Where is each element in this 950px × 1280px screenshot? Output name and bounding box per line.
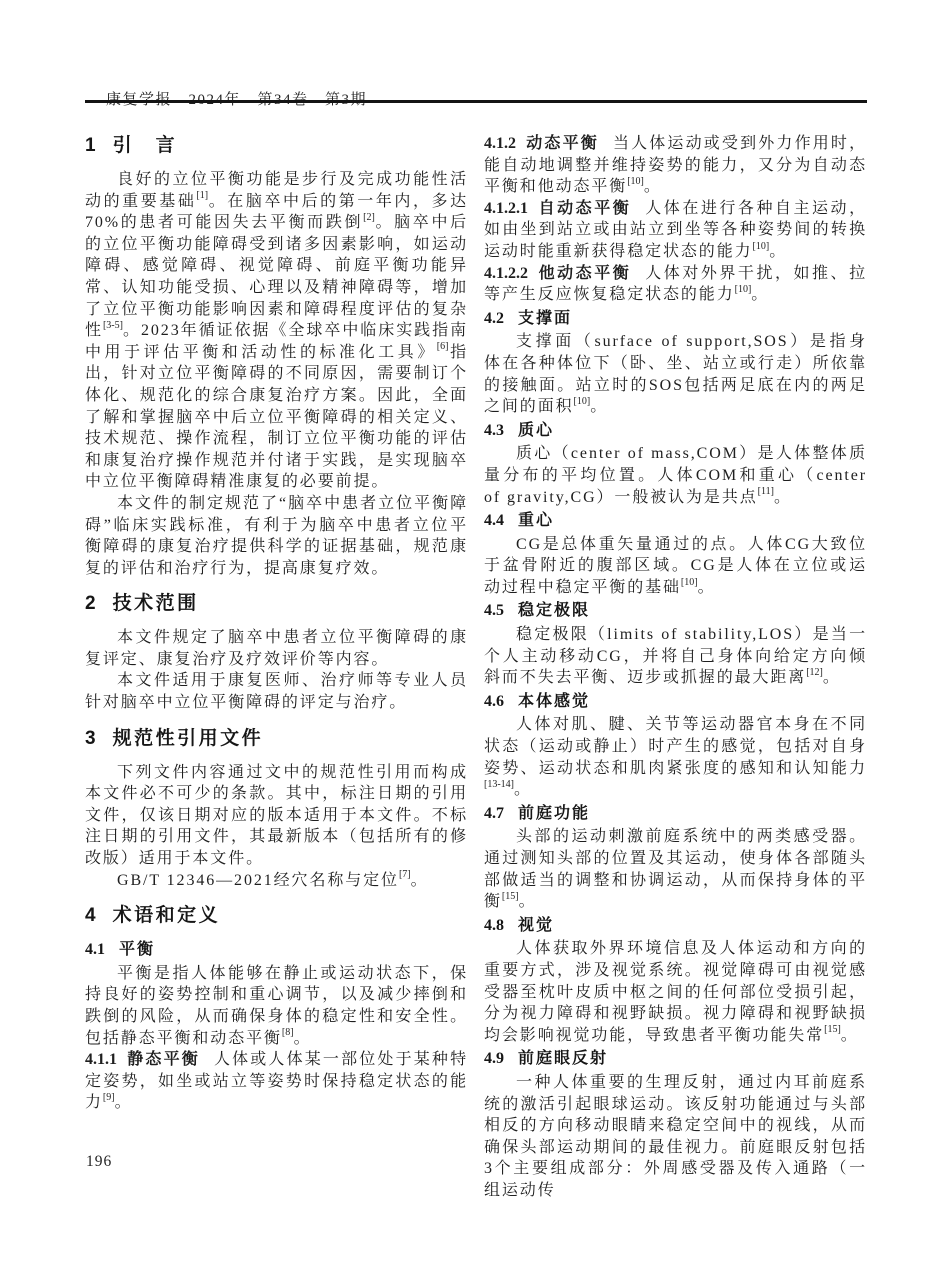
paragraph: 一种人体重要的生理反射，通过内耳前庭系统的激活引起眼球运动。该反射功能通过与头部… bbox=[484, 1072, 867, 1202]
definition-number: 4.1.2.2 bbox=[484, 265, 528, 282]
paragraph: 本文件适用于康复医师、治疗师等专业人员针对脑卒中立位平衡障碍的评定与治疗。 bbox=[85, 670, 468, 713]
reference-marker: [10] bbox=[681, 577, 698, 588]
subsection-number: 4.9 bbox=[484, 1050, 504, 1067]
reference-marker: [10] bbox=[574, 396, 591, 407]
section-number: 1 bbox=[85, 135, 96, 156]
paragraph: 质心（center of mass,COM）是人体整体质量分布的平均位置。人体C… bbox=[484, 443, 867, 508]
section-heading: 4术语和定义 bbox=[85, 904, 468, 928]
section-number: 2 bbox=[85, 593, 96, 614]
subsection-number: 4.6 bbox=[484, 693, 504, 710]
subsection-heading: 4.4重心 bbox=[484, 510, 867, 532]
section-title: 技术范围 bbox=[113, 593, 199, 614]
paragraph: 支撑面（surface of support,SOS）是指身体在各种体位下（卧、… bbox=[484, 331, 867, 417]
definition-number: 4.1.2 bbox=[484, 135, 516, 152]
subsection-title: 前庭功能 bbox=[518, 805, 590, 822]
subsection-heading: 4.6本体感觉 bbox=[484, 691, 867, 713]
section-title: 引 言 bbox=[113, 135, 178, 156]
subsection-title: 平衡 bbox=[119, 941, 155, 958]
definition-number: 4.1.1 bbox=[85, 1051, 117, 1068]
reference-marker: [13-14] bbox=[484, 779, 514, 790]
subsection-title: 前庭眼反射 bbox=[518, 1050, 608, 1067]
subsection-heading: 4.9前庭眼反射 bbox=[484, 1048, 867, 1070]
paragraph: 头部的运动刺激前庭系统中的两类感受器。通过测知头部的位置及其运动，使身体各部随头… bbox=[484, 826, 867, 912]
running-head: 康复学报 2024年 第34卷 第3期 bbox=[85, 71, 367, 126]
left-column: 1引 言良好的立位平衡功能是步行及完成功能性活动的重要基础[1]。在脑卒中后的第… bbox=[85, 133, 468, 1202]
paragraph: 人体对肌、腱、关节等运动器官本身在不同状态（运动或静止）时产生的感觉，包括对自身… bbox=[484, 714, 867, 800]
section-title: 规范性引用文件 bbox=[113, 728, 264, 749]
definition-term: 自动态平衡 bbox=[538, 200, 631, 217]
reference-marker: [10] bbox=[627, 176, 644, 187]
subsection-title: 稳定极限 bbox=[518, 602, 590, 619]
paragraph: CG是总体重矢量通过的点。人体CG大致位于盆骨附近的腹部区域。CG是人体在立位或… bbox=[484, 534, 867, 599]
subsection-number: 4.4 bbox=[484, 512, 504, 529]
reference-marker: [3-5] bbox=[103, 320, 123, 331]
definition-term: 动态平衡 bbox=[526, 135, 599, 152]
subsection-heading: 4.1平衡 bbox=[85, 939, 468, 961]
page-number: 196 bbox=[86, 1153, 112, 1171]
text-columns: 1引 言良好的立位平衡功能是步行及完成功能性活动的重要基础[1]。在脑卒中后的第… bbox=[85, 133, 867, 1202]
definition-term: 静态平衡 bbox=[127, 1051, 200, 1068]
right-column: 4.1.2动态平衡当人体运动或受到外力作用时，能自动地调整并维持姿势的能力，又分… bbox=[484, 133, 867, 1202]
reference-marker: [8] bbox=[282, 1027, 294, 1038]
subsection-number: 4.8 bbox=[484, 917, 504, 934]
paragraph: 平衡是指人体能够在静止或运动状态下，保持良好的姿势控制和重心调节，以及减少摔倒和… bbox=[85, 963, 468, 1049]
header-rule bbox=[85, 100, 867, 103]
section-heading: 1引 言 bbox=[85, 134, 468, 158]
reference-marker: [2] bbox=[363, 212, 375, 223]
paragraph: 本文件的制定规范了“脑卒中患者立位平衡障碍”临床实践标准，有利于为脑卒中患者立位… bbox=[85, 493, 468, 579]
reference-marker: [7] bbox=[399, 869, 411, 880]
subsection-title: 重心 bbox=[518, 512, 554, 529]
reference-marker: [11] bbox=[758, 486, 774, 497]
section-number: 3 bbox=[85, 728, 96, 749]
definition-paragraph: 4.1.2.2他动态平衡人体对外界干扰，如推、拉等产生反应恢复稳定状态的能力[1… bbox=[484, 263, 867, 306]
reference-marker: [9] bbox=[103, 1092, 115, 1103]
section-number: 4 bbox=[85, 905, 96, 926]
subsection-heading: 4.2支撑面 bbox=[484, 308, 867, 330]
reference-marker: [1] bbox=[196, 190, 208, 201]
subsection-heading: 4.3质心 bbox=[484, 420, 867, 442]
subsection-number: 4.7 bbox=[484, 805, 504, 822]
reference-marker: [15] bbox=[502, 891, 519, 902]
reference-marker: [10] bbox=[753, 241, 770, 252]
subsection-title: 支撑面 bbox=[518, 310, 572, 327]
definition-paragraph: 4.1.2动态平衡当人体运动或受到外力作用时，能自动地调整并维持姿势的能力，又分… bbox=[484, 133, 867, 198]
definition-term: 他动态平衡 bbox=[538, 265, 631, 282]
journal-page: 康复学报 2024年 第34卷 第3期 1引 言良好的立位平衡功能是步行及完成功… bbox=[0, 0, 950, 1280]
paragraph: GB/T 12346—2021经穴名称与定位[7]。 bbox=[85, 870, 468, 892]
subsection-heading: 4.5稳定极限 bbox=[484, 600, 867, 622]
paragraph: 稳定极限（limits of stability,LOS）是当一个人主动移动CG… bbox=[484, 624, 867, 689]
definition-paragraph: 4.1.2.1自动态平衡人体在进行各种自主运动，如由坐到站立或由站立到坐等各种姿… bbox=[484, 198, 867, 263]
reference-marker: [12] bbox=[806, 667, 823, 678]
subsection-number: 4.1 bbox=[85, 941, 105, 958]
section-heading: 3规范性引用文件 bbox=[85, 727, 468, 751]
section-title: 术语和定义 bbox=[113, 905, 221, 926]
subsection-number: 4.5 bbox=[484, 602, 504, 619]
paragraph: 良好的立位平衡功能是步行及完成功能性活动的重要基础[1]。在脑卒中后的第一年内，… bbox=[85, 169, 468, 493]
subsection-title: 视觉 bbox=[518, 917, 554, 934]
definition-paragraph: 4.1.1静态平衡人体或人体某一部位处于某种特定姿势，如坐或站立等姿势时保持稳定… bbox=[85, 1049, 468, 1114]
paragraph: 本文件规定了脑卒中患者立位平衡障碍的康复评定、康复治疗及疗效评价等内容。 bbox=[85, 627, 468, 670]
section-heading: 2技术范围 bbox=[85, 592, 468, 616]
subsection-title: 本体感觉 bbox=[518, 693, 590, 710]
definition-number: 4.1.2.1 bbox=[484, 200, 528, 217]
subsection-number: 4.3 bbox=[484, 422, 504, 439]
reference-marker: [6] bbox=[437, 341, 449, 352]
subsection-heading: 4.8视觉 bbox=[484, 915, 867, 937]
reference-marker: [15] bbox=[824, 1024, 841, 1035]
subsection-title: 质心 bbox=[518, 422, 554, 439]
reference-marker: [10] bbox=[735, 284, 752, 295]
paragraph: 人体获取外界环境信息及人体运动和方向的重要方式，涉及视觉系统。视觉障碍可由视觉感… bbox=[484, 938, 867, 1046]
paragraph: 下列文件内容通过文中的规范性引用而构成本文件必不可少的条款。其中，标注日期的引用… bbox=[85, 762, 468, 870]
subsection-number: 4.2 bbox=[484, 310, 504, 327]
subsection-heading: 4.7前庭功能 bbox=[484, 803, 867, 825]
